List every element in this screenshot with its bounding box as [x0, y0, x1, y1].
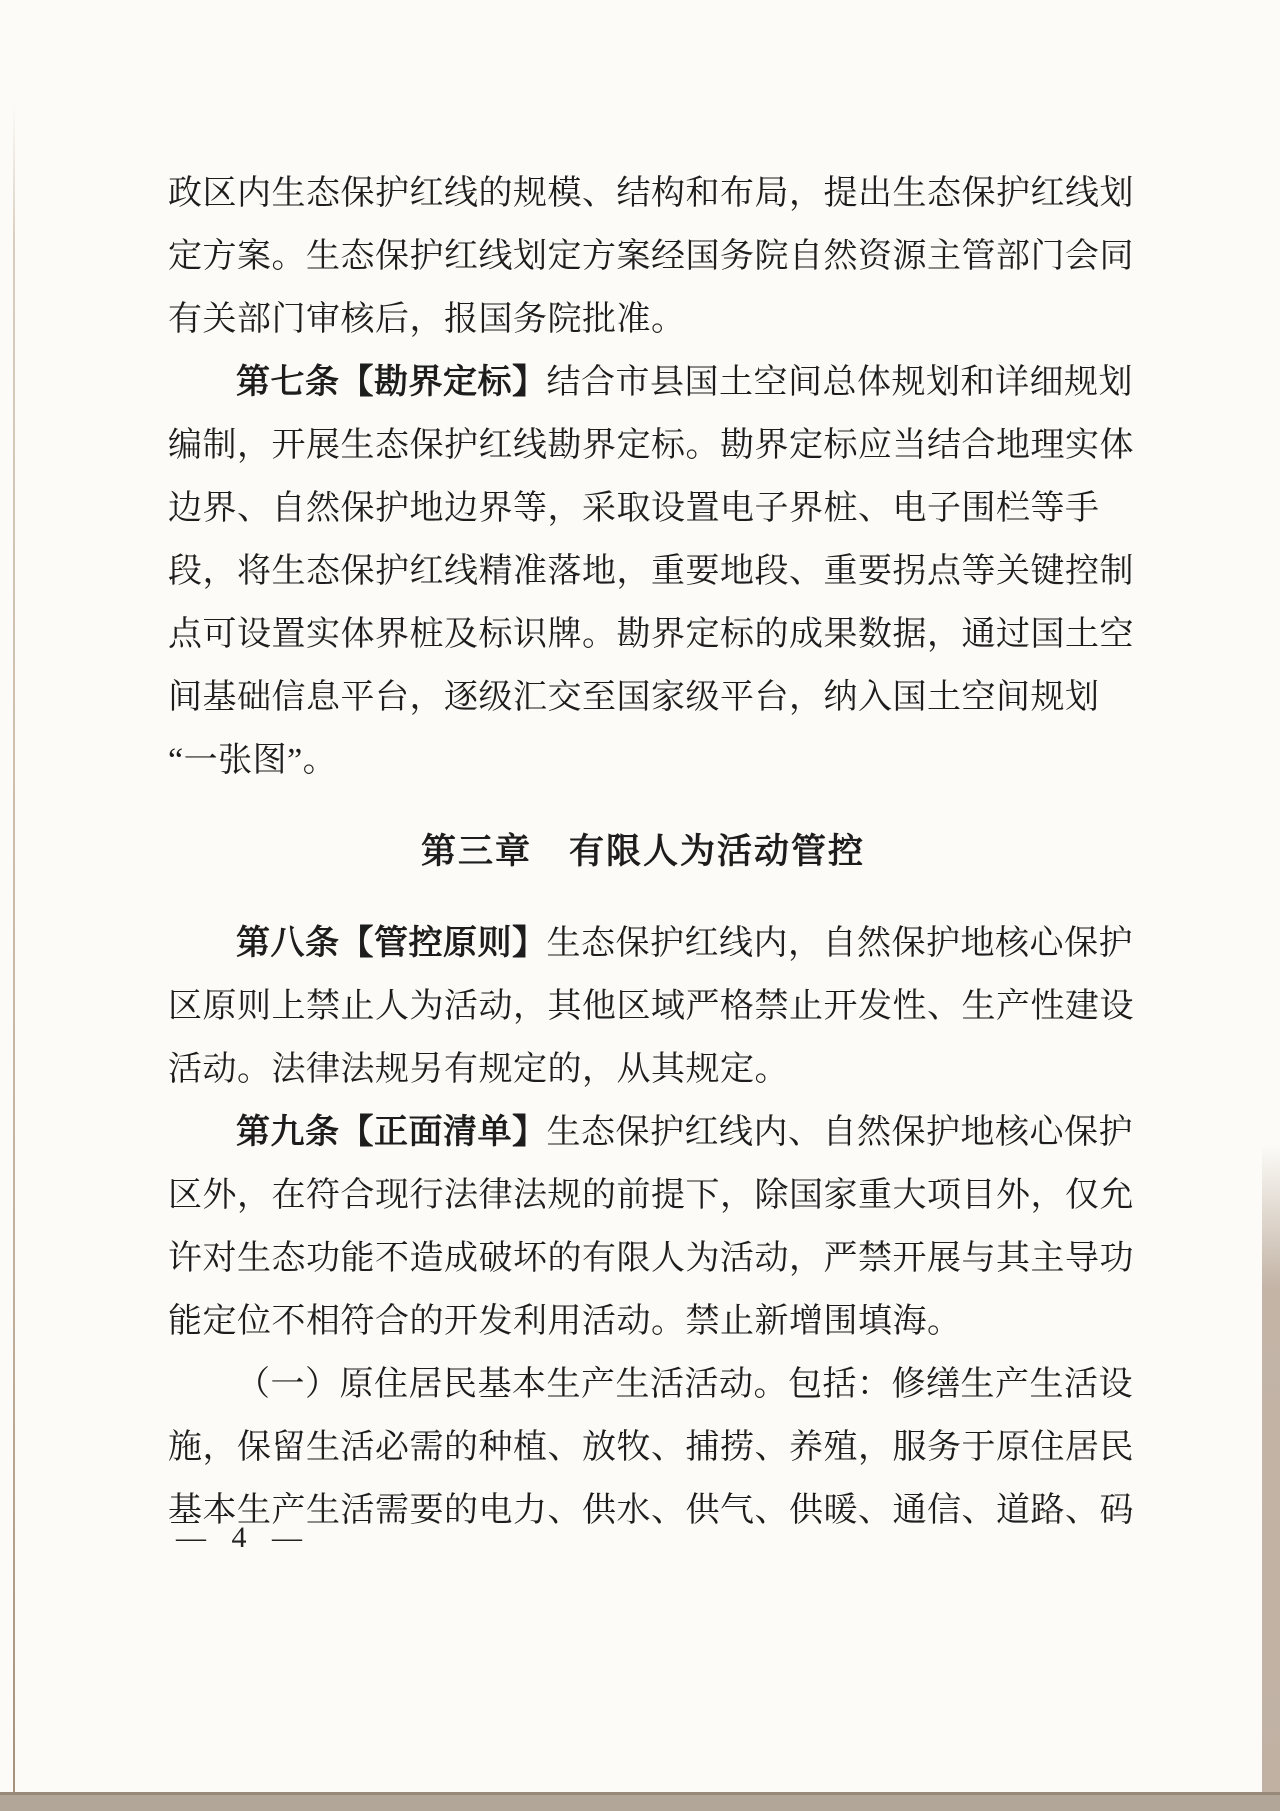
text-line-content: 区原则上禁止人为活动，其他区域严格禁止开发性、生产性建设: [168, 988, 1134, 1025]
text-line-content: 能定位不相符合的开发利用活动。禁止新增围填海。: [168, 1303, 962, 1340]
text-line-content: 生态保护红线内、自然保护地核心保护: [547, 1114, 1134, 1151]
article-8-line: 第八条【管控原则】生态保护红线内，自然保护地核心保护: [168, 912, 1118, 975]
page-number: — 4 —: [176, 1521, 306, 1555]
text-line-content: 段，将生态保护红线精准落地，重要地段、重要拐点等关键控制: [168, 553, 1134, 590]
article-7-line: 第七条【勘界定标】结合市县国土空间总体规划和详细规划: [168, 351, 1118, 414]
text-line-content: 间基础信息平台，逐级汇交至国家级平台，纳入国土空间规划: [168, 679, 1100, 716]
text-line-content: 政区内生态保护红线的规模、结构和布局，提出生态保护红线划: [168, 175, 1134, 212]
text-line: 区原则上禁止人为活动，其他区域严格禁止开发性、生产性建设: [168, 975, 1118, 1038]
text-line: 基本生产生活需要的电力、供水、供气、供暖、通信、道路、码: [168, 1479, 1118, 1542]
chapter-3-heading: 第三章 有限人为活动管控: [168, 792, 1118, 912]
text-line-content: 生态保护红线内，自然保护地核心保护: [547, 925, 1134, 962]
text-line: 活动。法律法规另有规定的，从其规定。: [168, 1038, 1118, 1101]
text-line: 区外，在符合现行法律法规的前提下，除国家重大项目外，仅允: [168, 1164, 1118, 1227]
text-line: 能定位不相符合的开发利用活动。禁止新增围填海。: [168, 1290, 1118, 1353]
text-line: 有关部门审核后，报国务院批准。: [168, 288, 1118, 351]
text-line-content: “一张图”。: [168, 742, 337, 779]
article-7-label: 第七条【勘界定标】: [236, 364, 547, 401]
text-line: 施，保留生活必需的种植、放牧、捕捞、养殖，服务于原住居民: [168, 1416, 1118, 1479]
text-line: 间基础信息平台，逐级汇交至国家级平台，纳入国土空间规划: [168, 666, 1118, 729]
text-line-content: 施，保留生活必需的种植、放牧、捕捞、养殖，服务于原住居民: [168, 1429, 1134, 1466]
text-line: 许对生态功能不造成破坏的有限人为活动，严禁开展与其主导功: [168, 1227, 1118, 1290]
page-left-edge-crease: [13, 105, 15, 1795]
text-line-content: 编制，开展生态保护红线勘界定标。勘界定标应当结合地理实体: [168, 427, 1134, 464]
document-text-block: 政区内生态保护红线的规模、结构和布局，提出生态保护红线划 定方案。生态保护红线划…: [168, 162, 1118, 1542]
text-line: “一张图”。: [168, 729, 1118, 792]
article-9-line: 第九条【正面清单】生态保护红线内、自然保护地核心保护: [168, 1101, 1118, 1164]
item-1-line: （一）原住居民基本生产生活活动。包括：修缮生产生活设: [168, 1353, 1118, 1416]
article-9-label: 第九条【正面清单】: [236, 1114, 547, 1151]
text-line-content: 定方案。生态保护红线划定方案经国务院自然资源主管部门会同: [168, 238, 1134, 275]
scanned-page-sheet: 政区内生态保护红线的规模、结构和布局，提出生态保护红线划 定方案。生态保护红线划…: [0, 0, 1280, 1811]
article-8-label: 第八条【管控原则】: [236, 925, 547, 962]
text-line-content: 许对生态功能不造成破坏的有限人为活动，严禁开展与其主导功: [168, 1240, 1134, 1277]
text-line: 定方案。生态保护红线划定方案经国务院自然资源主管部门会同: [168, 225, 1118, 288]
text-line-content: 有关部门审核后，报国务院批准。: [168, 301, 686, 338]
scanner-background-right: [1262, 1145, 1280, 1795]
text-line-content: 边界、自然保护地边界等，采取设置电子界桩、电子围栏等手: [168, 490, 1100, 527]
text-line-content: 区外，在符合现行法律法规的前提下，除国家重大项目外，仅允: [168, 1177, 1134, 1214]
text-line-content: 点可设置实体界桩及标识牌。勘界定标的成果数据，通过国土空: [168, 616, 1134, 653]
text-line-content: （一）原住居民基本生产生活活动。包括：修缮生产生活设: [236, 1366, 1133, 1403]
text-line: 边界、自然保护地边界等，采取设置电子界桩、电子围栏等手: [168, 477, 1118, 540]
text-line: 政区内生态保护红线的规模、结构和布局，提出生态保护红线划: [168, 162, 1118, 225]
text-line: 点可设置实体界桩及标识牌。勘界定标的成果数据，通过国土空: [168, 603, 1118, 666]
scanner-background-bottom: [0, 1792, 1280, 1811]
text-line-content: 活动。法律法规另有规定的，从其规定。: [168, 1051, 789, 1088]
text-line: 编制，开展生态保护红线勘界定标。勘界定标应当结合地理实体: [168, 414, 1118, 477]
text-line-content: 基本生产生活需要的电力、供水、供气、供暖、通信、道路、码: [168, 1492, 1134, 1529]
text-line-content: 结合市县国土空间总体规划和详细规划: [547, 364, 1134, 401]
text-line: 段，将生态保护红线精准落地，重要地段、重要拐点等关键控制: [168, 540, 1118, 603]
